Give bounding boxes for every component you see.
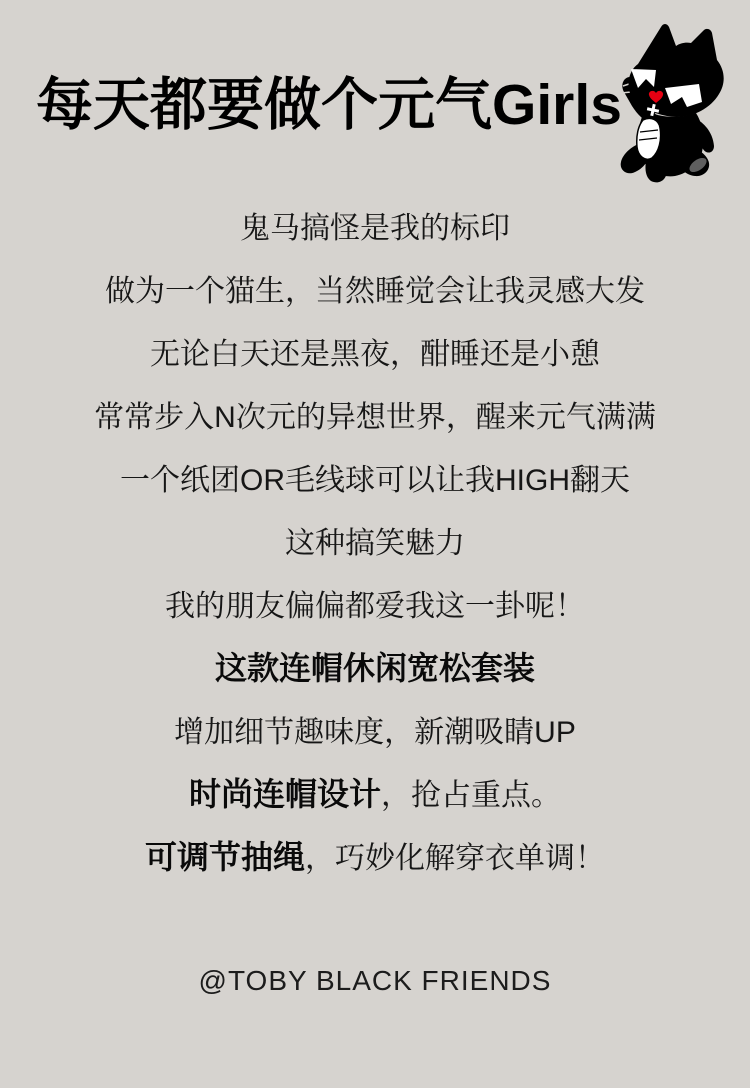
page-title: 每天都要做个元气Girls <box>36 72 622 138</box>
brand-signature: @TOBY BLACK FRIENDS <box>0 962 750 1000</box>
text-line: 一个纸团OR毛线球可以让我HIGH翻天 <box>0 448 750 511</box>
text-line: 这款连帽休闲宽松套装 <box>0 637 750 700</box>
product-description-page: 每天都要做个元气Girls <box>0 0 750 1088</box>
text-line: 无论白天还是黑夜，酣睡还是小憩 <box>0 322 750 385</box>
text-line: 可调节抽绳，巧妙化解穿衣单调！ <box>0 826 750 889</box>
text-line: 时尚连帽设计，抢占重点。 <box>0 763 750 826</box>
text-line: 鬼马搞怪是我的标印 <box>0 196 750 259</box>
text-line: 我的朋友偏偏都爱我这一卦呢！ <box>0 574 750 637</box>
text-line: 做为一个猫生，当然睡觉会让我灵感大发 <box>0 259 750 322</box>
black-cat-mascot-icon <box>609 20 747 188</box>
description-text: 鬼马搞怪是我的标印 做为一个猫生，当然睡觉会让我灵感大发 无论白天还是黑夜，酣睡… <box>0 196 750 889</box>
text-line: 常常步入N次元的异想世界，醒来元气满满 <box>0 385 750 448</box>
text-line: 增加细节趣味度，新潮吸睛UP <box>0 700 750 763</box>
text-line: 这种搞笑魅力 <box>0 511 750 574</box>
